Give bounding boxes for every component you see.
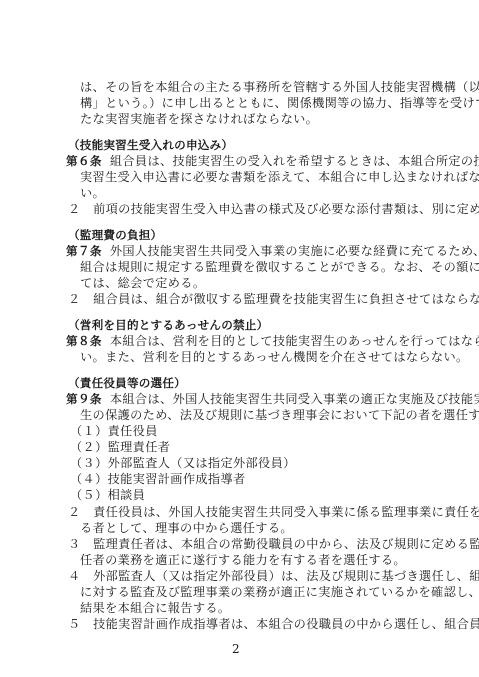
- paragraph-line: ２ 責任役員は、外国人技能実習生共同受入事業に係る監理事業に責任を有す: [68, 505, 479, 520]
- list-item: （３）外部監査人（又は指定外部役員）: [70, 456, 296, 471]
- paragraph-line: ４ 外部監査人（又は指定外部役員）は、法及び規則に基づき選任し、組合員: [68, 569, 479, 584]
- paragraph-line: ３ 監理責任者は、本組合の常勤役職員の中から、法及び規則に定める監理責: [68, 537, 479, 552]
- page-number: 2: [232, 642, 240, 656]
- article-7-label: 第７条: [66, 244, 102, 258]
- text-line: い。: [80, 186, 105, 201]
- article-6-paragraph-2: ２ 前項の技能実習生受入申込書の様式及び必要な添付書類は、別に定める。: [68, 202, 479, 217]
- list-item: （１）責任役員: [70, 424, 158, 439]
- paragraph-line: 結果を本組合に報告する。: [80, 601, 230, 616]
- text-line: ては、総会で定める。: [80, 276, 205, 291]
- text-line: たな実習実施者を探さなければならない。: [80, 112, 318, 127]
- text-line: 組合は規則に規定する監理費を徴収することができる。なお、その額につい: [80, 260, 479, 275]
- article-8-heading: （営利を目的とするあっせんの禁止）: [68, 318, 268, 333]
- article-7-line: 第７条外国人技能実習生共同受入事業の実施に必要な経費に充てるため、本: [66, 244, 479, 259]
- article-8-line: 第８条本組合は、営利を目的として技能実習生のあっせんを行ってはならな: [66, 334, 479, 349]
- paragraph-line: る者として、理事の中から選任する。: [80, 521, 293, 536]
- text-line: 実習生受入申込書に必要な書類を添えて、本組合に申し込まなければならな: [80, 170, 479, 185]
- article-6-heading: （技能実習生受入れの申込み）: [68, 138, 233, 153]
- text-line: 生の保護のため、法及び規則に基づき理事会において下記の者を選任する。: [80, 408, 479, 423]
- text-line: は、その旨を本組合の主たる事務所を管轄する外国人技能実習機構（以下、「機: [80, 80, 479, 95]
- article-6-label: 第６条: [66, 154, 102, 168]
- article-9-label: 第９条: [66, 392, 102, 406]
- list-item: （２）監理責任者: [70, 440, 170, 455]
- paragraph-line: ５ 技能実習計画作成指導者は、本組合の役職員の中から選任し、組合員の技: [68, 617, 479, 632]
- article-7-heading: （監理費の負担）: [68, 228, 162, 243]
- document-page: は、その旨を本組合の主たる事務所を管轄する外国人技能実習機構（以下、「機 構」と…: [0, 0, 479, 677]
- paragraph-line: に対する監査及び監理事業の業務が適正に実施されているかを確認し、その: [80, 585, 479, 600]
- text-line: 構」という。）に申し出るとともに、関係機関等の協力、指導等を受けて、新: [80, 96, 479, 111]
- article-7-paragraph-2: ２ 組合員は、組合が徴収する監理費を技能実習生に負担させてはならない。: [68, 292, 479, 307]
- article-8-label: 第８条: [66, 334, 102, 348]
- list-item: （５）相談員: [70, 488, 145, 503]
- article-6-line: 第６条組合員は、技能実習生の受入れを希望するときは、本組合所定の技能: [66, 154, 479, 169]
- list-item: （４）技能実習計画作成指導者: [70, 472, 246, 487]
- article-9-line: 第９条本組合は、外国人技能実習生共同受入事業の適正な実施及び技能実習: [66, 392, 479, 407]
- article-9-heading: （責任役員等の選任）: [68, 376, 186, 391]
- text-line: い。また、営利を目的とするあっせん機関を介在させてはならない。: [80, 350, 469, 365]
- paragraph-line: 任者の業務を適正に遂行する能力を有する者を選任する。: [80, 553, 406, 568]
